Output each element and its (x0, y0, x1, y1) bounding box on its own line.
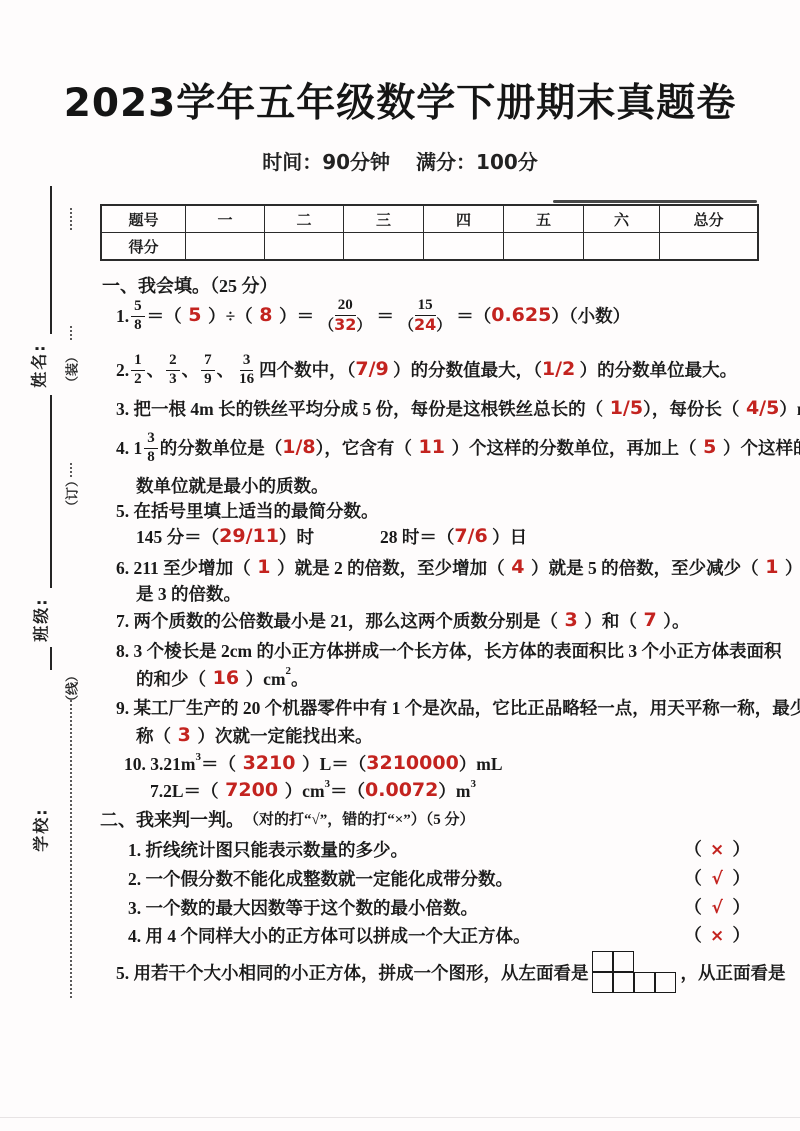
answer-red: 3210 (236, 753, 302, 775)
answer-red: 7/6 (454, 526, 487, 548)
text-run: ）÷（ (208, 306, 253, 326)
score-header-cell: 二 (265, 205, 344, 233)
text-run: ，从正面看是 (681, 963, 786, 983)
answer-red: 4 (505, 557, 531, 579)
exam-full-score: 满分：100分 (416, 150, 538, 174)
text-run: ）mL (459, 754, 503, 774)
numerator: 5 (131, 298, 145, 316)
answer-red: 24 (414, 315, 436, 334)
text-run: ）的分数单位最大。 (575, 360, 737, 380)
question-6-line2: 是 3 的倍数。 (136, 582, 241, 606)
score-table-header-row: 题号 一 二 三 四 五 六 总分 (101, 205, 758, 233)
fraction: 79 (201, 352, 215, 388)
fraction: 12 (131, 352, 145, 388)
denominator: 2 (131, 371, 145, 388)
paren-open: （ (684, 868, 706, 888)
denominator: （32） (316, 316, 374, 335)
text-run: 、 (217, 360, 235, 380)
section2-heading: 二、我来判一判。（对的打“√”，错的打“×”）（5 分） (100, 810, 475, 831)
text-run: ）就是 2 的倍数，至少增加（ (277, 558, 505, 578)
binding-dotted-line (70, 326, 72, 340)
text-run: 3 (147, 430, 155, 446)
score-cell-empty (584, 233, 660, 261)
judge-item-2-text: 2. 一个假分数不能化成整数就一定能化成带分数。 (128, 869, 513, 889)
answer-red: 5 (182, 305, 208, 327)
score-header-cell: 六 (584, 205, 660, 233)
judge-item-2: 2. 一个假分数不能化成整数就一定能化成带分数。 （ √ ） (128, 867, 750, 891)
fraction: 20（32） (316, 297, 374, 335)
text-run: ）日 (488, 527, 527, 547)
question-5-line1: 5. 在括号里填上适当的最简分数。 (116, 499, 379, 523)
note-text: （对的打“√”，错的打“×”）（5 分） (244, 812, 475, 829)
denominator: 3 (166, 371, 180, 388)
text-run: （ (319, 318, 334, 334)
text-run: ）的分数值最大，（ (389, 360, 542, 380)
question-2: 2.12、23、79、316四个数中，（7/9 ）的分数值最大，（1/2 ）的分… (116, 349, 737, 391)
exam-time: 时间：90分钟 (262, 150, 390, 174)
text-run: 3 (169, 371, 177, 387)
paren-close: ） (728, 839, 750, 859)
denominator: 16 (236, 371, 257, 388)
text-run: ＝（ (147, 306, 182, 326)
answer-red: 1 (759, 557, 785, 579)
question-5-line2: 145 分＝（29/11）时28 时＝（7/6 ）日 (136, 524, 527, 550)
text-run: ）个这样的分 (723, 438, 800, 458)
text-run: ）时 (279, 527, 314, 547)
question-6-line1: 6. 211 至少增加（ 1 ）就是 2 的倍数，至少增加（ 4 ）就是 5 的… (116, 555, 800, 581)
cube-cell (613, 951, 634, 972)
fraction: 15（24） (396, 297, 454, 335)
question-10-line1: 10. 3.21m3＝（ 3210 ）L＝（3210000）mL (124, 751, 503, 777)
text-run: 称（ (136, 726, 171, 746)
judge-item-4: 4. 用 4 个同样大小的正方体可以拼成一个大正方体。 （ × ） (128, 924, 750, 948)
text-run: 145 分＝（ (136, 527, 219, 547)
fraction: 23 (166, 352, 180, 388)
score-cell-empty (186, 233, 265, 261)
text-run: ）（小数） (551, 306, 630, 326)
text-run: ）＝ (279, 306, 314, 326)
judge-item-3-answer: （ √ ） (684, 897, 750, 919)
section1-heading: 一、我会填。（25 分） (102, 276, 278, 297)
numerator: 1 (131, 352, 145, 370)
question-8-line1: 8. 3 个棱长是 2cm 的小正方体拼成一个长方体，长方体的表面积比 3 个小… (116, 639, 781, 663)
answer-red: 1/5 (603, 398, 643, 420)
text-run: 是 3 的倍数。 (136, 584, 241, 604)
answer-red: 0.625 (491, 305, 551, 327)
text-run: 2 (134, 371, 142, 387)
binding-char-zhuang: （装） (62, 345, 81, 395)
text-run: 20 (338, 297, 353, 313)
superscript: 3 (470, 779, 476, 790)
text-run: 3 (243, 352, 251, 368)
binding-dotted-line (70, 463, 72, 477)
text-run: 、 (147, 360, 165, 380)
answer-red: 29/11 (219, 526, 279, 548)
numerator: 3 (240, 352, 254, 370)
text-run: 3. 把一根 4m 长的铁丝平均分成 5 份，每份是这根铁丝总长的（ (116, 399, 603, 419)
text-run: ） (436, 318, 451, 334)
text-run: 28 时＝（ (380, 527, 454, 547)
question-9-line1: 9. 某工厂生产的 20 个机器零件中有 1 个是次品，它比正品略轻一点，用天平… (116, 696, 800, 720)
answer-red: 7200 (219, 780, 285, 802)
score-header-cell: 一 (186, 205, 265, 233)
judge-item-1-text: 1. 折线统计图只能表示数量的多少。 (128, 840, 408, 860)
text-run: 7.2L＝（ (150, 781, 219, 801)
exam-meta: 时间：90分钟满分：100分 (80, 146, 720, 175)
scan-artifact (553, 200, 757, 203)
answer-red: 3 (171, 725, 197, 747)
text-run: 6. 211 至少增加（ (116, 558, 251, 578)
text-run: 15 (418, 297, 433, 313)
question-4-line1: 4. 138的分数单位是（1/8），它含有（ 11 ）个这样的分数单位，再加上（… (116, 427, 800, 469)
answer-red: 7/9 (355, 359, 388, 381)
answer-red: 1/2 (542, 359, 575, 381)
judge-item-4-text: 4. 用 4 个同样大小的正方体可以拼成一个大正方体。 (128, 926, 531, 946)
question-4-line2: 数单位就是最小的质数。 (136, 474, 329, 498)
answer-red: 11 (412, 437, 452, 459)
text-run: 二、我来判一判。 (100, 810, 244, 831)
page-bottom-edge (0, 1117, 800, 1118)
text-run: 。 (291, 669, 309, 689)
fraction: 316 (236, 352, 257, 388)
text-run: ）就是 5 的倍数，至少减少（ (531, 558, 759, 578)
text-run: ），每份长（ (643, 399, 739, 419)
answer-red: 1/8 (282, 437, 315, 459)
judge-item-3: 3. 一个数的最大因数等于这个数的最小倍数。 （ √ ） (128, 896, 750, 920)
judge-item-2-answer: （ √ ） (684, 868, 750, 890)
text-run: 5. 在括号里填上适当的最简分数。 (116, 501, 379, 521)
paren-close: ） (728, 925, 750, 945)
text-run: ）个这样的分数单位，再加上（ (452, 438, 697, 458)
denominator: 8 (131, 317, 145, 334)
binding-dotted-line (70, 208, 72, 230)
text-run: ），它含有（ (316, 438, 412, 458)
text-run: 2 (169, 352, 177, 368)
class-label: 班级: (29, 588, 52, 652)
judge-item-4-answer: （ × ） (684, 925, 750, 947)
name-write-line (50, 186, 52, 334)
score-row-label: 得分 (101, 233, 186, 261)
denominator: 9 (201, 371, 215, 388)
paren-close: ） (728, 897, 750, 917)
paren-open: （ (684, 925, 706, 945)
score-header-cell: 三 (344, 205, 424, 233)
numerator: 7 (201, 352, 215, 370)
text-run: ） (356, 318, 371, 334)
text-run: 8 (134, 317, 142, 333)
answer-red: 1 (251, 557, 277, 579)
answer-red: 3210000 (366, 753, 459, 775)
numerator: 15 (415, 297, 436, 315)
cube-figure (592, 951, 678, 995)
question-7: 7. 两个质数的公倍数最小是 21，那么这两个质数分别是（ 3 ）和（ 7 ）。 (116, 608, 690, 634)
text-run: ＝（ (330, 781, 365, 801)
name-label: 姓名: (27, 334, 50, 398)
paren-close: ） (728, 868, 750, 888)
text-run: ）cm (285, 781, 325, 801)
answer-red: 32 (334, 315, 356, 334)
score-table-score-row: 得分 (101, 233, 758, 261)
text-run: 5. 用若干个大小相同的小正方体，拼成一个图形，从左面看是 (116, 963, 589, 983)
answer-red: 0.0072 (365, 780, 438, 802)
text-run: 的和少（ (136, 669, 206, 689)
text-run: ）和（ (584, 611, 637, 631)
question-9-line2: 称（ 3 ）次就一定能找出来。 (136, 722, 372, 750)
answer-red: 3 (558, 610, 584, 632)
text-run: 1 (134, 352, 142, 368)
judge-mark: × (706, 927, 728, 947)
score-cell-empty (265, 233, 344, 261)
score-cell-empty (344, 233, 424, 261)
numerator: 3 (144, 430, 158, 448)
text-run: ）m (438, 781, 470, 801)
score-header-cell: 五 (504, 205, 584, 233)
score-header-cell: 四 (424, 205, 504, 233)
answer-red: 16 (206, 668, 246, 690)
text-run: 的分数单位是（ (160, 438, 283, 458)
text-run: 、 (182, 360, 200, 380)
judge-mark: × (706, 841, 728, 861)
text-run: 2. (116, 360, 129, 380)
denominator: 8 (144, 449, 158, 466)
text-run: 8 (147, 449, 155, 465)
school-label: 学校: (29, 798, 52, 862)
question-3: 3. 把一根 4m 长的铁丝平均分成 5 份，每份是这根铁丝总长的（ 1/5），… (116, 396, 800, 422)
answer-red: 5 (697, 437, 723, 459)
judge-item-5: 5. 用若干个大小相同的小正方体，拼成一个图形，从左面看是，从正面看是 (116, 948, 786, 998)
numerator: 2 (166, 352, 180, 370)
text-run: ）m。 (779, 399, 800, 419)
cube-cell (592, 951, 613, 972)
text-run: 8. 3 个棱长是 2cm 的小正方体拼成一个长方体，长方体的表面积比 3 个小… (116, 641, 781, 661)
denominator: （24） (396, 316, 454, 335)
cube-cell (592, 972, 613, 993)
text-run: 5 (134, 298, 142, 314)
judge-mark: √ (706, 870, 728, 890)
text-run: 7 (204, 352, 212, 368)
text-run: ＝（ (456, 306, 491, 326)
score-table: 题号 一 二 三 四 五 六 总分 得分 (100, 204, 759, 261)
answer-red: 8 (253, 305, 279, 327)
text-run: ）次就一定能找出来。 (197, 726, 372, 746)
cube-cell (655, 972, 676, 993)
binding-dotted-line (70, 700, 72, 998)
judge-item-3-text: 3. 一个数的最大因数等于这个数的最小倍数。 (128, 898, 478, 918)
answer-red: 4/5 (739, 398, 779, 420)
fraction: 58 (131, 298, 145, 334)
text-run: 数单位就是最小的质数。 (136, 476, 329, 496)
fraction: 38 (144, 430, 158, 466)
question-10-line2: 7.2L＝（ 7200 ）cm3＝（0.0072）m3 (150, 778, 476, 804)
answer-red: 7 (637, 610, 663, 632)
cube-cell (613, 972, 634, 993)
text-run: 1. (116, 306, 129, 326)
question-1: 1.58＝（ 5 ）÷（ 8 ）＝20（32）＝15（24）＝（0.625）（小… (116, 295, 630, 337)
paren-open: （ (684, 897, 706, 917)
score-cell-empty (504, 233, 584, 261)
text-run: 7. 两个质数的公倍数最小是 21，那么这两个质数分别是（ (116, 611, 558, 631)
text-run: 四个数中，（ (259, 360, 355, 380)
score-cell-empty (424, 233, 504, 261)
text-run: 9 (204, 371, 212, 387)
text-run: 9. 某工厂生产的 20 个机器零件中有 1 个是次品，它比正品略轻一点，用天平… (116, 698, 800, 718)
text-run: ）。 (663, 611, 689, 631)
page-title: 2023学年五年级数学下册期末真题卷 (30, 72, 770, 128)
numerator: 20 (335, 297, 356, 315)
cube-cell (634, 972, 655, 993)
question-8-line2: 的和少（ 16 ）cm2。 (136, 665, 309, 693)
paren-open: （ (684, 839, 706, 859)
text-run: ）cm (246, 669, 286, 689)
score-header-cell: 题号 (101, 205, 186, 233)
class-write-line (50, 395, 52, 588)
text-run: ＝（ (201, 754, 236, 774)
text-run: （ (399, 318, 414, 334)
judge-mark: √ (706, 899, 728, 919)
text-run: ）就 (785, 558, 800, 578)
score-header-cell: 总分 (660, 205, 759, 233)
text-run: 16 (239, 371, 254, 387)
text-run: ＝ (376, 306, 394, 326)
judge-item-1-answer: （ × ） (684, 839, 750, 861)
text-run: 4. 1 (116, 438, 142, 458)
score-cell-empty (660, 233, 759, 261)
judge-item-1: 1. 折线统计图只能表示数量的多少。 （ × ） (128, 838, 750, 862)
text-run: ）L＝（ (302, 754, 366, 774)
text-run: 10. 3.21m (124, 754, 195, 774)
